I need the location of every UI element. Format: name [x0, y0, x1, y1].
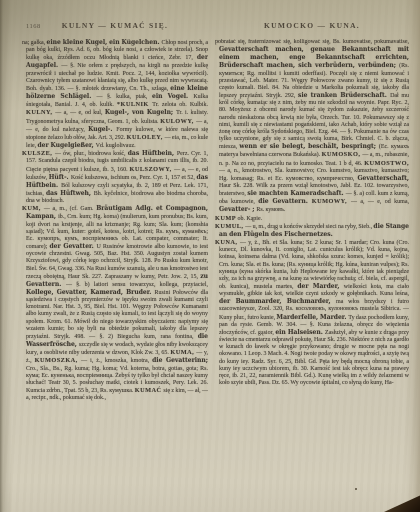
entry-text: Kość kulszowa, ischium os, Perz. Cyr. 1,… — [71, 175, 197, 181]
german-gloss: die Gevatterinn; — [152, 357, 208, 364]
german-gloss: Kollege, Gevatter, Kamerad, Bruder. — [26, 289, 155, 296]
german-gloss: Gevatterschaft machen, genaue Bekanntsch… — [219, 46, 409, 69]
headword: KUMA, — [170, 349, 196, 356]
headword: KULOWY, — [160, 118, 196, 125]
headword: KULSZOWY, — [130, 166, 175, 173]
headword: KUMOSKO, — [322, 151, 363, 158]
entry-text: Vd. kuglolivauz. — [96, 143, 136, 149]
entry-text: Tr. zelota ob. Kulbik. — [152, 102, 208, 108]
german-gloss: Marderfelle, Marder. — [276, 314, 348, 321]
german-gloss: das Hüftbein, — [128, 150, 177, 157]
left-edge-fold-shadow — [0, 0, 3, 512]
corner-shadow — [384, 494, 420, 512]
entry-text: Zasłużył, aby w kunie z drąga przy świec… — [219, 330, 409, 386]
headword: KUMP — [215, 215, 238, 222]
german-gloss: sie tranken Brüderschaft. — [298, 92, 390, 99]
entry-paragraph: KUMP ob. Kąpie. — [215, 215, 409, 223]
german-gloss: der Kugelgießer, — [37, 142, 95, 149]
headword: KULSZE, — [22, 150, 55, 157]
entry-paragraph: na; gałka, eine kleine Kugel, ein Kügelc… — [22, 39, 208, 150]
entry-text: — §. b) latiori sensu towarzysz, kollega… — [66, 282, 208, 288]
german-gloss: Gevatterschaft, — [357, 175, 409, 182]
ink-speck — [355, 488, 357, 490]
german-gloss: sie machten Kameradschaft. — [247, 190, 345, 197]
german-gloss: ein Halseisen. — [275, 329, 325, 336]
german-gloss: der Baummarder, Buchmarder, — [219, 298, 336, 305]
headword: KUMAĆ — [135, 387, 164, 394]
german-gloss: Kugel-, von Kugeln; — [105, 109, 176, 116]
entry-text: Rusini Połowców dla sąsiedztwa i częstyc… — [26, 290, 208, 340]
headword: *KULNIK — [117, 101, 152, 108]
entry-text: — i, ż., kmoszka, kmotra, — [81, 358, 152, 364]
headword: KUMUL, — [215, 223, 245, 230]
scanned-dictionary-page: 1168 KULNY — KUMAĆ SIĘ. KUMOCKO — KUNA. … — [0, 0, 420, 512]
german-gloss: eine kleine Kugel, ein Kügelchen. — [47, 39, 162, 46]
german-gloss: ein Vogel. — [152, 93, 193, 100]
german-gloss: das Hüftweh, — [46, 190, 94, 197]
entry-paragraph: KUNA, — y, ż., Bh. et Sla. kuna; Sr. 2 k… — [215, 239, 409, 387]
entry-text: — u, m., drąg u końców skrzydeł sieci na… — [245, 224, 373, 230]
headword: KULOLEY, — [127, 134, 165, 141]
headword: KULNY, — [26, 109, 55, 116]
headword: KUNA, — [215, 239, 240, 246]
running-header-right: KUMOCKO — KUNA. — [215, 21, 409, 31]
german-gloss: Hüft-. — [49, 174, 71, 181]
german-gloss: die Gevattern. — [258, 198, 312, 205]
entry-text: — a, — e, od kuma, — [351, 199, 409, 205]
running-header-left: KULNY — KUMAĆ SIĘ. — [22, 21, 208, 31]
entry-text: ob. Kąpie. — [238, 216, 263, 222]
entry-text: — a, m., (cf. Gam. — [44, 206, 96, 212]
german-gloss: wenn er sie belegt, beschält, bespringt; — [239, 143, 378, 150]
entry-text: — §. kulka, ptak, — [96, 94, 152, 100]
entry-text: Dał mu król córkę, kumaiąc się z nim, że… — [219, 93, 409, 150]
column-right: pobratać się, fraternizować się, kolligo… — [215, 39, 409, 476]
column-left: na; gałka, eine kleine Kugel, ein Kügelc… — [22, 39, 208, 476]
entry-text: Rs. кумовъ. — [256, 207, 285, 213]
entry-paragraph: KULSZE, — ów, plur., biodrowa kość, das … — [22, 150, 208, 205]
entry-paragraph: KUMUL, — u, m., drąg u końców skrzydeł s… — [215, 223, 409, 239]
entry-text: — a, — e, od kul, — [55, 110, 105, 116]
headword: KUM, — [22, 205, 44, 212]
german-gloss: Gevatter- ; — [219, 206, 256, 213]
headword: KUMOSTWO, — [364, 160, 409, 167]
german-gloss: Kugel-. — [88, 126, 116, 133]
entry-text: pobratać się, fraternizować się, kolligo… — [215, 39, 409, 45]
entry-text: na; gałka, — [22, 40, 47, 46]
entry-text: — ów, plur., biodrowa kość, — [55, 151, 128, 157]
headword: KUMOSZKA, — [35, 357, 82, 364]
german-gloss: der Gevatter. — [49, 243, 96, 250]
headword: KUMOWY, — [312, 198, 351, 205]
entry-paragraph: KUM, — a, m., (cf. Gam. Bräutigam Adlg. … — [22, 205, 208, 402]
german-gloss: der Marder, — [297, 283, 343, 290]
entry-paragraph: pobratać się, fraternizować się, kolligo… — [215, 39, 409, 215]
